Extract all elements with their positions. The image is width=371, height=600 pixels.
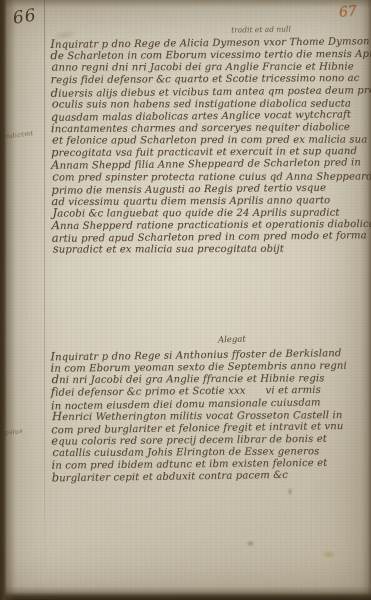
page-vignette [0, 0, 371, 600]
manuscript-page: 66 67 tradit et ad null Inquiratr p dno … [0, 0, 371, 600]
